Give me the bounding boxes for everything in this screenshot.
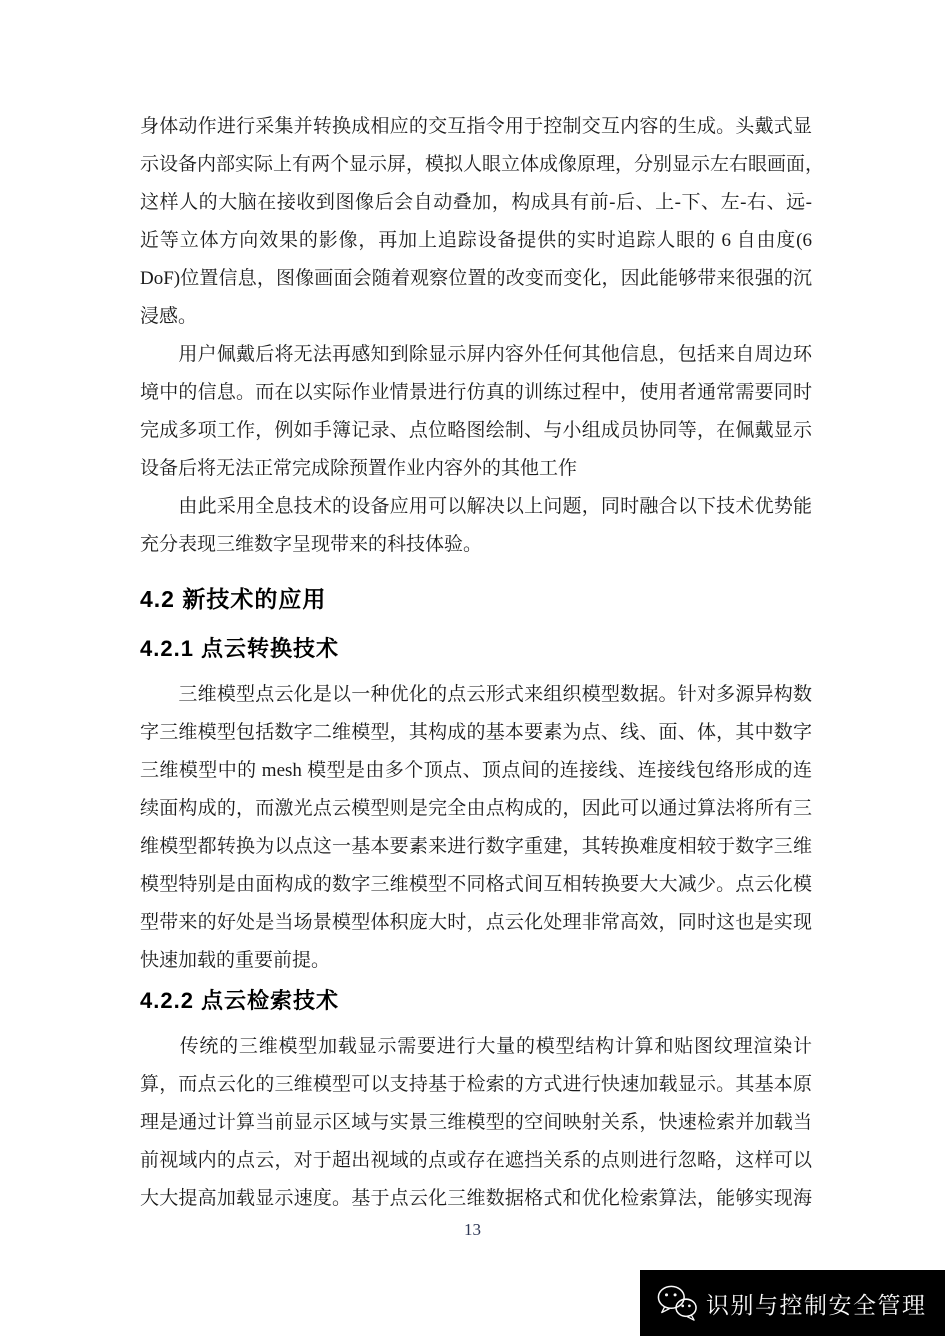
document-page: 身体动作进行采集并转换成相应的交互指令用于控制交互内容的生成。头戴式显 示设备内… — [0, 0, 945, 1336]
page-body-text: 身体动作进行采集并转换成相应的交互指令用于控制交互内容的生成。头戴式显 示设备内… — [140, 108, 812, 1218]
watermark-bar: 识别与控制安全管理 — [640, 1270, 945, 1336]
text-line: 传统的三维模型加载显示需要进行大量的模型结构计算和贴图纹理渲染计 — [140, 1028, 812, 1066]
text-line: 模型特别是由面构成的数字三维模型不同格式间互相转换要大大减少。点云化模 — [140, 866, 812, 904]
text-line: 维模型都转换为以点这一基本要素来进行数字重建，其转换难度相较于数字三维 — [140, 828, 812, 866]
text-line: 理是通过计算当前显示区域与实景三维模型的空间映射关系，快速检索并加载当 — [140, 1104, 812, 1142]
text-line: 三维模型中的 mesh 模型是由多个顶点、顶点间的连接线、连接线包络形成的连 — [140, 752, 812, 790]
text-line: 续面构成的，而激光点云模型则是完全由点构成的，因此可以通过算法将所有三 — [140, 790, 812, 828]
text-line: 这样人的大脑在接收到图像后会自动叠加，构成具有前-后、上-下、左-右、远- — [140, 184, 812, 222]
text-line: 前视域内的点云，对于超出视域的点或存在遮挡关系的点则进行忽略，这样可以 — [140, 1142, 812, 1180]
text-line: 境中的信息。而在以实际作业情景进行仿真的训练过程中，使用者通常需要同时 — [140, 374, 812, 412]
text-line: 充分表现三维数字呈现带来的科技体验。 — [140, 526, 812, 564]
text-line: 大大提高加载显示速度。基于点云化三维数据格式和优化检索算法，能够实现海 — [140, 1180, 812, 1218]
text-line: 完成多项工作，例如手簿记录、点位略图绘制、与小组成员协同等，在佩戴显示 — [140, 412, 812, 450]
text-line: 用户佩戴后将无法再感知到除显示屏内容外任何其他信息，包括来自周边环 — [140, 336, 812, 374]
paragraph: 用户佩戴后将无法再感知到除显示屏内容外任何其他信息，包括来自周边环 境中的信息。… — [140, 336, 812, 488]
watermark-label: 识别与控制安全管理 — [706, 1287, 927, 1320]
paragraph: 传统的三维模型加载显示需要进行大量的模型结构计算和贴图纹理渲染计 算，而点云化的… — [140, 1028, 812, 1218]
text-line: 设备后将无法正常完成除预置作业内容外的其他工作 — [140, 450, 812, 488]
text-line: 示设备内部实际上有两个显示屏，模拟人眼立体成像原理，分别显示左右眼画面， — [140, 146, 812, 184]
text-line: 型带来的好处是当场景模型体积庞大时，点云化处理非常高效，同时这也是实现 — [140, 904, 812, 942]
text-line: 身体动作进行采集并转换成相应的交互指令用于控制交互内容的生成。头戴式显 — [140, 108, 812, 146]
paragraph: 由此采用全息技术的设备应用可以解决以上问题，同时融合以下技术优势能 充分表现三维… — [140, 488, 812, 564]
page-number: 13 — [0, 1220, 945, 1240]
text-line: 算，而点云化的三维模型可以支持基于检索的方式进行快速加载显示。其基本原 — [140, 1066, 812, 1104]
wechat-icon — [656, 1283, 698, 1323]
subsection-heading-4-2-1: 4.2.1 点云转换技术 — [140, 634, 812, 664]
text-line: 快速加载的重要前提。 — [140, 942, 812, 980]
text-line: 由此采用全息技术的设备应用可以解决以上问题，同时融合以下技术优势能 — [140, 488, 812, 526]
paragraph: 身体动作进行采集并转换成相应的交互指令用于控制交互内容的生成。头戴式显 示设备内… — [140, 108, 812, 336]
section-heading-4-2: 4.2 新技术的应用 — [140, 584, 812, 614]
text-line: 字三维模型包括数字二维模型，其构成的基本要素为点、线、面、体，其中数字 — [140, 714, 812, 752]
paragraph: 三维模型点云化是以一种优化的点云形式来组织模型数据。针对多源异构数 字三维模型包… — [140, 676, 812, 980]
text-line: 浸感。 — [140, 298, 812, 336]
text-line: 近等立体方向效果的影像，再加上追踪设备提供的实时追踪人眼的 6 自由度(6 — [140, 222, 812, 260]
subsection-heading-4-2-2: 4.2.2 点云检索技术 — [140, 986, 812, 1016]
text-line: DoF)位置信息，图像画面会随着观察位置的改变而变化，因此能够带来很强的沉 — [140, 260, 812, 298]
text-line: 三维模型点云化是以一种优化的点云形式来组织模型数据。针对多源异构数 — [140, 676, 812, 714]
